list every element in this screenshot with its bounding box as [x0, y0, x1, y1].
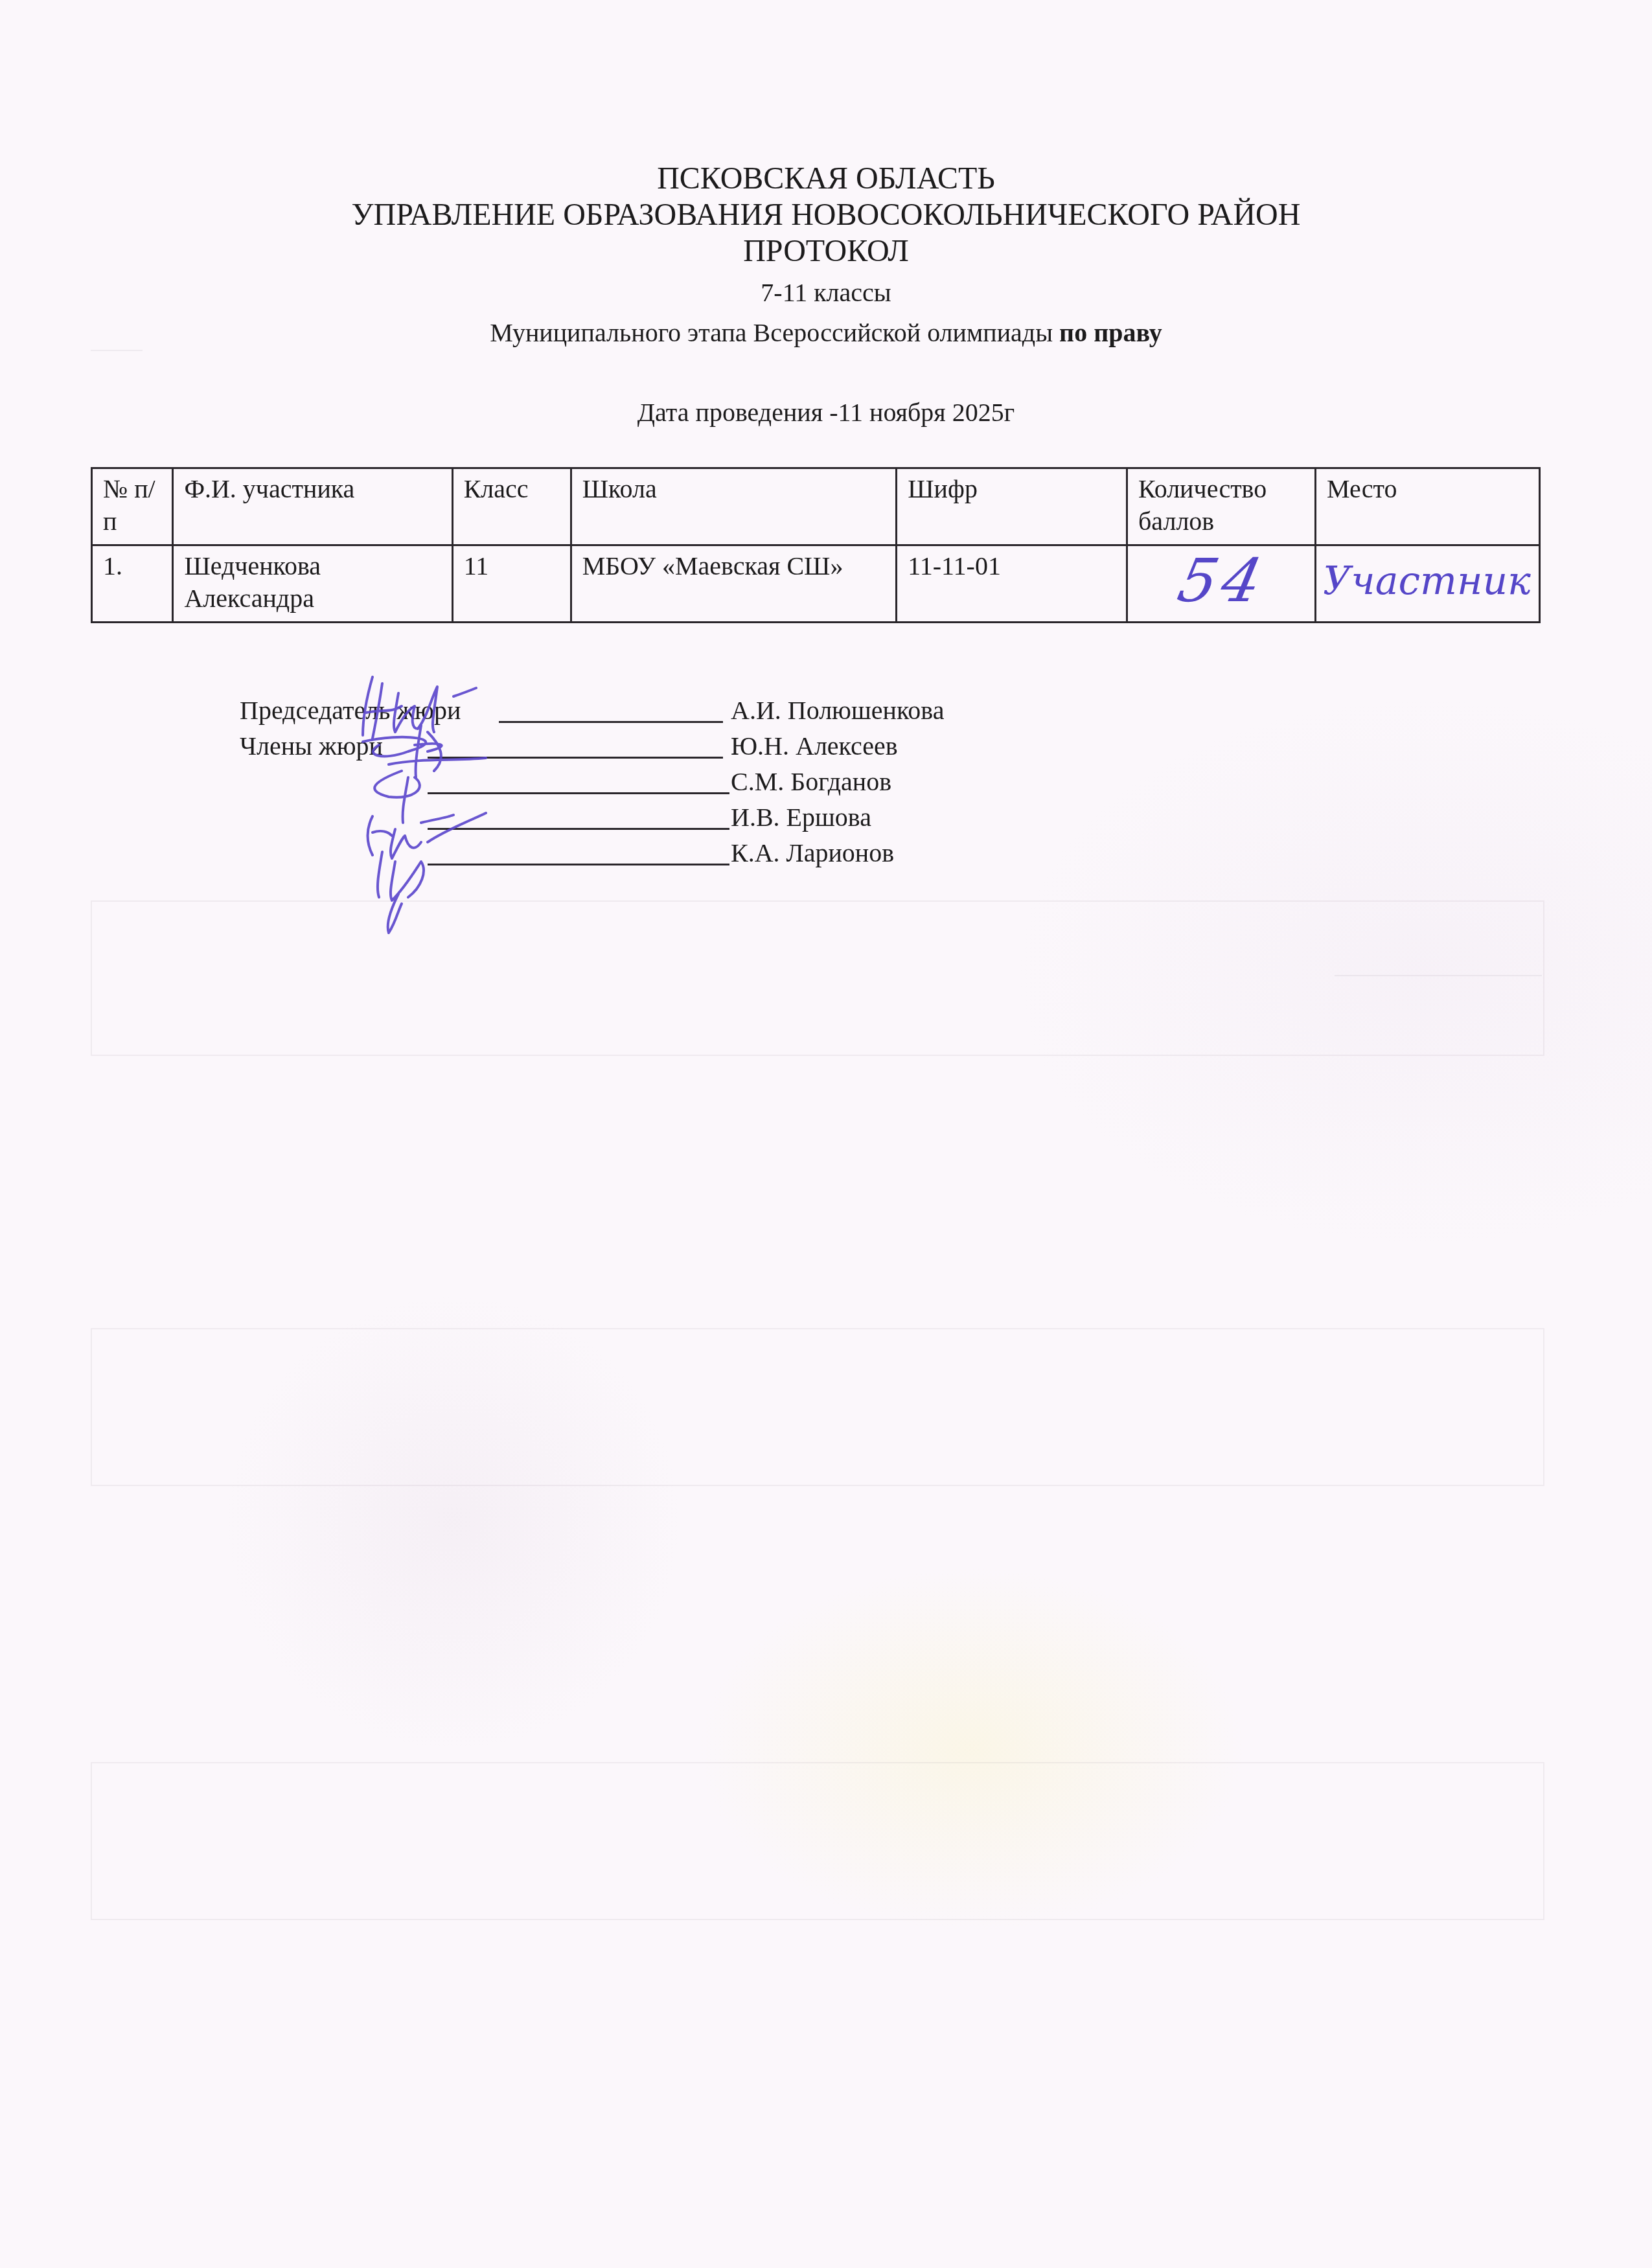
header-name: Ф.И. участника [173, 468, 452, 545]
handwritten-score: 54 [1132, 555, 1312, 607]
header-place: Место [1316, 468, 1540, 545]
cell-code: 11-11-01 [897, 545, 1127, 623]
member-name: К.А. Ларионов [731, 836, 894, 871]
cell-class: 11 [452, 545, 571, 623]
cell-place: Участник [1316, 545, 1540, 623]
cell-school: МБОУ «Маевская СШ» [571, 545, 897, 623]
members-label: Члены жюри [240, 729, 383, 764]
bleed-through-table-2 [91, 1328, 1544, 1486]
olympiad-line: Муниципального этапа Всероссийской олимп… [0, 315, 1652, 351]
cell-name: Шедченкова Александра [173, 545, 452, 623]
signature-line [428, 864, 729, 865]
chair-label: Председатель жюри [240, 693, 461, 728]
cell-score: 54 [1127, 545, 1315, 623]
signature-line [428, 792, 729, 794]
cell-num: 1. [92, 545, 173, 623]
bleed-through-table-3 [91, 1762, 1544, 1920]
member-name: И.В. Ершова [731, 800, 871, 835]
chair-name: А.И. Полюшенкова [731, 693, 944, 728]
signature-line [428, 828, 729, 830]
signature-line [499, 721, 723, 723]
handwritten-place: Участник [1323, 562, 1531, 601]
bleed-through-table-1 [91, 900, 1544, 1056]
signature-member-4 [378, 852, 424, 933]
member-name: С.М. Богданов [731, 764, 891, 799]
authority-title: УПРАВЛЕНИЕ ОБРАЗОВАНИЯ НОВОСОКОЛЬНИЧЕСКО… [0, 197, 1652, 233]
table-row: 1. Шедченкова Александра 11 МБОУ «Маевск… [92, 545, 1540, 623]
document-header: ПСКОВСКАЯ ОБЛАСТЬ УПРАВЛЕНИЕ ОБРАЗОВАНИЯ… [0, 161, 1652, 429]
signature-member-2 [374, 771, 420, 823]
document-type: ПРОТОКОЛ [0, 233, 1652, 269]
header-num: № п/п [92, 468, 173, 545]
header-school: Школа [571, 468, 897, 545]
header-code: Шифр [897, 468, 1127, 545]
signature-line [428, 757, 723, 759]
grades-line: 7-11 классы [0, 275, 1652, 311]
region-title: ПСКОВСКАЯ ОБЛАСТЬ [0, 161, 1652, 197]
date-line: Дата проведения -11 ноября 2025г [0, 396, 1652, 429]
subject-text: по праву [1059, 318, 1162, 347]
signature-member-3 [368, 813, 487, 858]
table-header-row: № п/п Ф.И. участника Класс Школа Шифр Ко… [92, 468, 1540, 545]
results-table: № п/п Ф.И. участника Класс Школа Шифр Ко… [91, 467, 1541, 623]
bleed-through-line [1335, 975, 1542, 976]
header-score: Количество баллов [1127, 468, 1315, 545]
header-class: Класс [452, 468, 571, 545]
stage-text: Муниципального этапа Всероссийской олимп… [490, 318, 1053, 347]
member-name: Ю.Н. Алексеев [731, 729, 898, 764]
